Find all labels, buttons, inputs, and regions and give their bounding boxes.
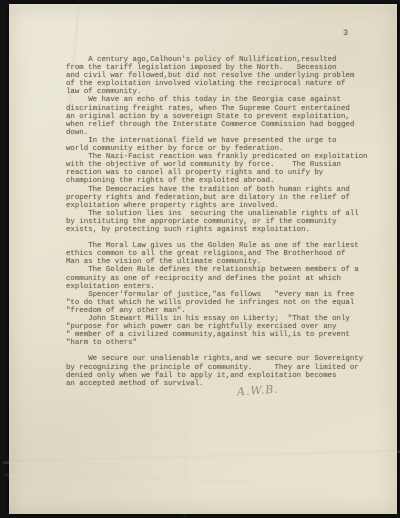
paragraph-nullification: A century ago,Calhoun's policy of Nullif… [66, 56, 370, 96]
paragraph-spencer: Spencer'formular of justice,"as follows … [66, 291, 370, 315]
paper-crease [5, 474, 255, 485]
page-number: 3 [343, 28, 348, 38]
paragraph-georgia-case: We have an echo of this today in the Geo… [66, 96, 370, 136]
paper-crease [183, 404, 189, 516]
paragraph-nazi-fascist-reaction: The Nazi-Facist reaction was frankly pre… [66, 153, 370, 185]
paragraph-golden-rule: The Golden Rule defines the relationship… [66, 266, 370, 290]
photo-background: 3 A century ago,Calhoun's policy of Null… [0, 0, 400, 518]
paragraph-mills-liberty: John Stewart Mills in his essay on Liber… [66, 315, 370, 347]
paragraph-sovereignty: We secure our unalienable rights,and we … [66, 355, 370, 387]
paragraph-international-field: In the international field we have prese… [66, 137, 370, 153]
paragraph-moral-law: The Moral Law gives us the Golden Rule a… [66, 242, 370, 266]
paragraph-democracies: The Democracies have the tradition of bo… [66, 186, 370, 210]
signature-initials: A.W.B. [237, 383, 280, 399]
page-body: A century ago,Calhoun's policy of Nullif… [66, 56, 370, 388]
paper-crease [3, 450, 400, 463]
paragraph-solution: The solution lies ins securing the unali… [66, 210, 370, 234]
document-page: 3 A century ago,Calhoun's policy of Null… [9, 4, 397, 514]
